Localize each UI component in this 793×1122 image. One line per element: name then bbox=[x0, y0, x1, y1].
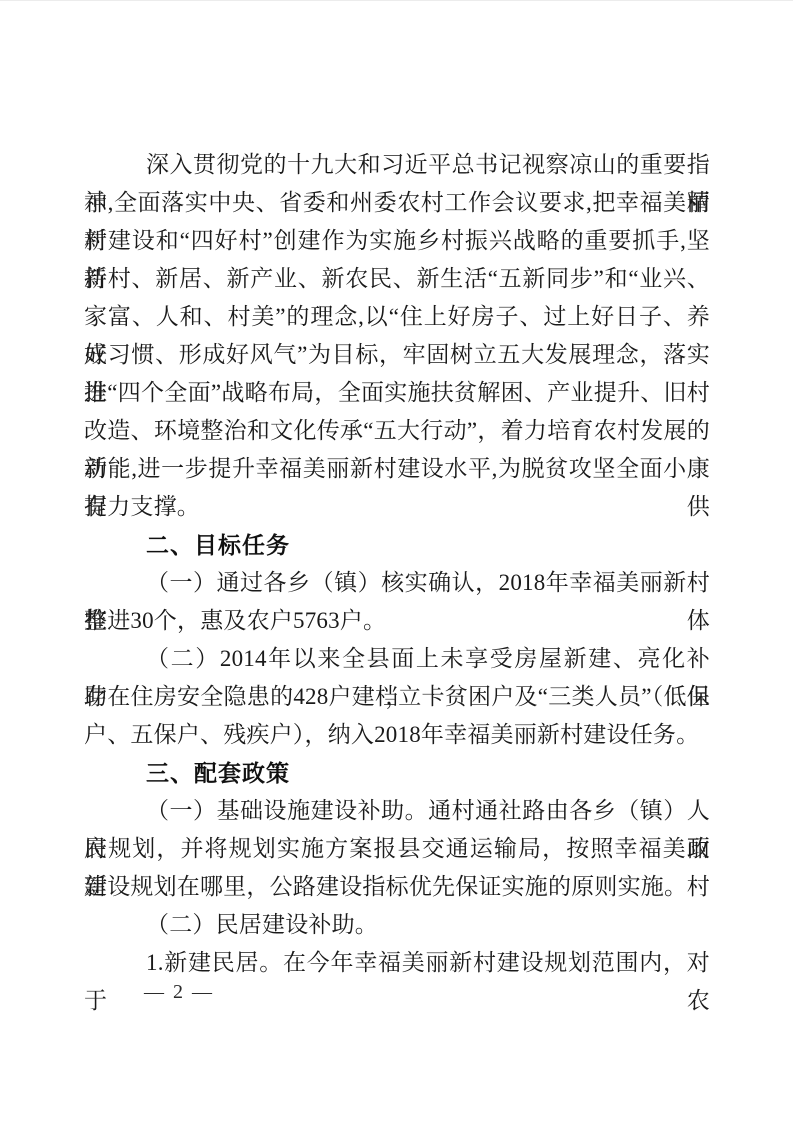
intro-line: 神,全面落实中央、省委和州委农村工作会议要求,把幸福美丽新 bbox=[84, 184, 710, 222]
intro-line: 好习惯、形成好风气”为目标，牢固树立五大发展理念，落实推 bbox=[84, 336, 710, 374]
policy-item-line: 建设规划在哪里，公路建设指标优先保证实施的原则实施。 bbox=[84, 868, 710, 906]
goals-item-line: 户、五保户、残疾户），纳入2018年幸福美丽新村建设任务。 bbox=[84, 716, 710, 754]
section-heading-goals: 二、目标任务 bbox=[84, 526, 710, 564]
policy-item-line: 府规划，并将规划实施方案报县交通运输局，按照幸福美丽新村 bbox=[84, 830, 710, 868]
intro-line: 进“四个全面”战略布局，全面实施扶贫解困、产业提升、旧村 bbox=[84, 374, 710, 412]
section-heading-policies: 三、配套政策 bbox=[84, 754, 710, 792]
goals-item-line: （一）通过各乡（镇）核实确认，2018年幸福美丽新村整体 bbox=[84, 564, 710, 602]
goals-item-line: （二）2014年以来全县面上未享受房屋新建、亮化补助，但 bbox=[84, 640, 710, 678]
intro-line: 动能,进一步提升幸福美丽新村建设水平,为脱贫攻坚全面小康提供 bbox=[84, 450, 710, 488]
document-body: 深入贯彻党的十九大和习近平总书记视察凉山的重要指示精 神,全面落实中央、省委和州… bbox=[84, 146, 710, 982]
intro-line: 村建设和“四好村”创建作为实施乡村振兴战略的重要抓手,坚持 bbox=[84, 222, 710, 260]
policy-item-line: （一）基础设施建设补助。通村通社路由各乡（镇）人民政 bbox=[84, 792, 710, 830]
intro-line: 改造、环境整治和文化传承“五大行动”，着力培育农村发展的新 bbox=[84, 412, 710, 450]
page-number: — 2 — bbox=[144, 973, 214, 1011]
intro-line: 新村、新居、新产业、新农民、新生活“五新同步”和“业兴、 bbox=[84, 260, 710, 298]
intro-line: 深入贯彻党的十九大和习近平总书记视察凉山的重要指示精 bbox=[84, 146, 710, 184]
intro-line: 家富、人和、村美”的理念,以“住上好房子、过上好日子、养成 bbox=[84, 298, 710, 336]
goals-item-line: 存在住房安全隐患的428户建档立卡贫困户及“三类人员”（低保 bbox=[84, 678, 710, 716]
policy-item-line: （二）民居建设补助。 bbox=[84, 906, 710, 944]
